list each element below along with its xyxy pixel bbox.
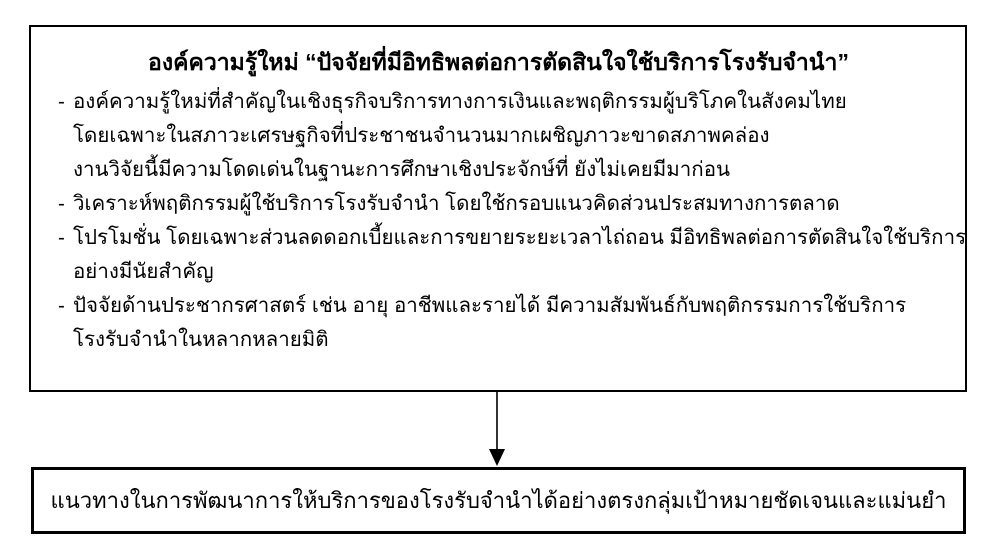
finding-line: - วิเคราะห์พฤติกรรมผู้ใช้บริการโรงรับจำน… xyxy=(58,187,939,221)
findings-title: องค์ความรู้ใหม่ “ปัจจัยที่มีอิทธิพลต่อกา… xyxy=(58,41,939,83)
outcome-box: แนวทางในการพัฒนาการให้บริการของโรงรับจำน… xyxy=(31,467,966,534)
finding-line-text: โรงรับจำนำในหลากหลายมิติ xyxy=(73,323,329,357)
finding-line-text: โปรโมชั่น โดยเฉพาะส่วนลดดอกเบี้ยและการขย… xyxy=(73,221,966,255)
finding-line: - โปรโมชั่น โดยเฉพาะส่วนลดดอกเบี้ยและการ… xyxy=(58,221,939,255)
finding-line-text: องค์ความรู้ใหม่ที่สำคัญในเชิงธุรกิจบริกา… xyxy=(73,85,847,119)
finding-line-text: งานวิจัยนี้มีความโดดเด่นในฐานะการศึกษาเช… xyxy=(73,153,730,187)
finding-line: โดยเฉพาะในสภาวะเศรษฐกิจที่ประชาชนจำนวนมา… xyxy=(58,119,939,153)
finding-line: โรงรับจำนำในหลากหลายมิติ xyxy=(58,323,939,357)
bullet-dash: - xyxy=(58,187,73,221)
finding-line-text: โดยเฉพาะในสภาวะเศรษฐกิจที่ประชาชนจำนวนมา… xyxy=(73,119,770,153)
finding-line: - ปัจจัยด้านประชากรศาสตร์ เช่น อายุ อาชี… xyxy=(58,289,939,323)
finding-line: อย่างมีนัยสำคัญ xyxy=(58,255,939,289)
finding-line: - องค์ความรู้ใหม่ที่สำคัญในเชิงธุรกิจบริ… xyxy=(58,85,939,119)
bullet-dash: - xyxy=(58,289,73,323)
bullet-dash: - xyxy=(58,221,73,255)
bullet-dash xyxy=(58,323,73,357)
flow-diagram: องค์ความรู้ใหม่ “ปัจจัยที่มีอิทธิพลต่อกา… xyxy=(0,0,997,558)
outcome-text: แนวทางในการพัฒนาการให้บริการของโรงรับจำน… xyxy=(51,483,947,518)
findings-body: - องค์ความรู้ใหม่ที่สำคัญในเชิงธุรกิจบริ… xyxy=(58,85,939,357)
finding-line: งานวิจัยนี้มีความโดดเด่นในฐานะการศึกษาเช… xyxy=(58,153,939,187)
bullet-dash xyxy=(58,153,73,187)
bullet-dash xyxy=(58,255,73,289)
bullet-dash xyxy=(58,119,73,153)
down-arrow-icon xyxy=(487,392,507,467)
findings-box: องค์ความรู้ใหม่ “ปัจจัยที่มีอิทธิพลต่อกา… xyxy=(29,25,967,392)
bullet-dash: - xyxy=(58,85,73,119)
finding-line-text: วิเคราะห์พฤติกรรมผู้ใช้บริการโรงรับจำนำ … xyxy=(73,187,840,221)
finding-line-text: ปัจจัยด้านประชากรศาสตร์ เช่น อายุ อาชีพแ… xyxy=(73,289,906,323)
finding-line-text: อย่างมีนัยสำคัญ xyxy=(73,255,214,289)
